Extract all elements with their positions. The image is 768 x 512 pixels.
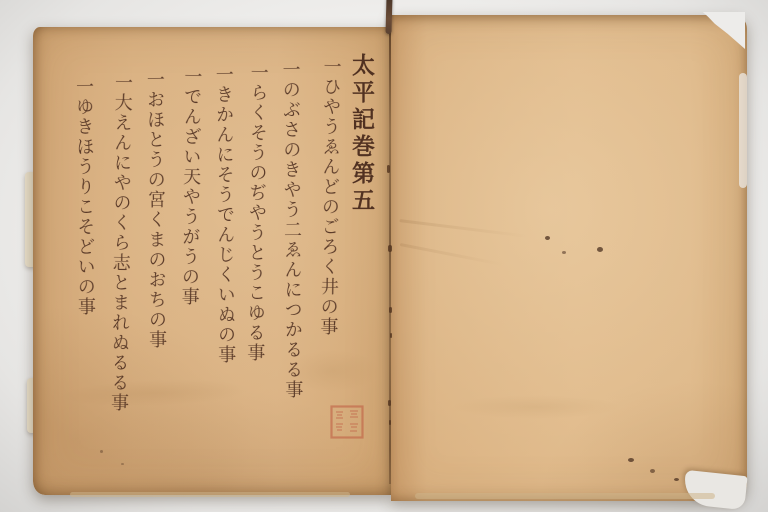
page-stack-edge xyxy=(70,492,350,497)
toc-column: 一らくそうのぢやうとうこゆる事 xyxy=(245,63,267,363)
water-stain xyxy=(451,395,621,419)
toc-column: 一きかんにそうでんじくいぬの事 xyxy=(214,65,235,365)
collector-seal-stamp xyxy=(330,405,364,439)
title-column: 太平記巻第五 xyxy=(350,53,373,215)
ink-speck xyxy=(650,469,655,473)
binding-stitch-mark xyxy=(389,307,392,313)
toc-column: 一おほとうの宮くまのおちの事 xyxy=(145,70,165,350)
ink-speck xyxy=(100,450,103,453)
binding-stitch-mark xyxy=(390,333,392,338)
torn-corner xyxy=(691,12,745,54)
toc-column: 一大えんにやのくら志とまれぬるる事 xyxy=(109,73,131,413)
ink-speck xyxy=(121,463,124,465)
binding-stitch-mark xyxy=(388,245,392,252)
binding-stitch-mark xyxy=(388,400,391,406)
manuscript-photograph: 太平記巻第五 一ひやうゑんどのごろく井の事 一のぶさのきやう二ゑんにつかるる事 … xyxy=(0,0,768,512)
left-page: 太平記巻第五 一ひやうゑんどのごろく井の事 一のぶさのきやう二ゑんにつかるる事 … xyxy=(33,27,391,495)
binding-gutter xyxy=(389,28,391,484)
toc-column: 一ひやうゑんどのごろく井の事 xyxy=(318,57,339,337)
ink-speck xyxy=(628,458,634,462)
ink-speck xyxy=(562,251,566,254)
seal-icon xyxy=(330,405,364,439)
crease-line xyxy=(400,243,504,266)
binding-string xyxy=(385,0,392,34)
water-stain xyxy=(60,377,251,410)
toc-column: 一ゆきほうりこそどいの事 xyxy=(74,77,94,317)
right-page xyxy=(391,15,747,501)
torn-edge xyxy=(682,470,747,510)
toc-column: 一のぶさのきやう二ゑんにつかるる事 xyxy=(281,60,302,400)
crease-line xyxy=(399,219,528,238)
ink-speck xyxy=(597,247,603,252)
water-stain xyxy=(285,350,380,392)
toc-column: 一でんざい天やうがうの事 xyxy=(180,67,201,307)
page-stack-edge xyxy=(415,493,715,499)
torn-edge xyxy=(739,73,747,188)
binding-stitch-mark xyxy=(389,420,391,425)
binding-stitch-mark xyxy=(387,165,390,173)
ink-speck xyxy=(545,236,550,240)
ink-speck xyxy=(674,478,679,481)
